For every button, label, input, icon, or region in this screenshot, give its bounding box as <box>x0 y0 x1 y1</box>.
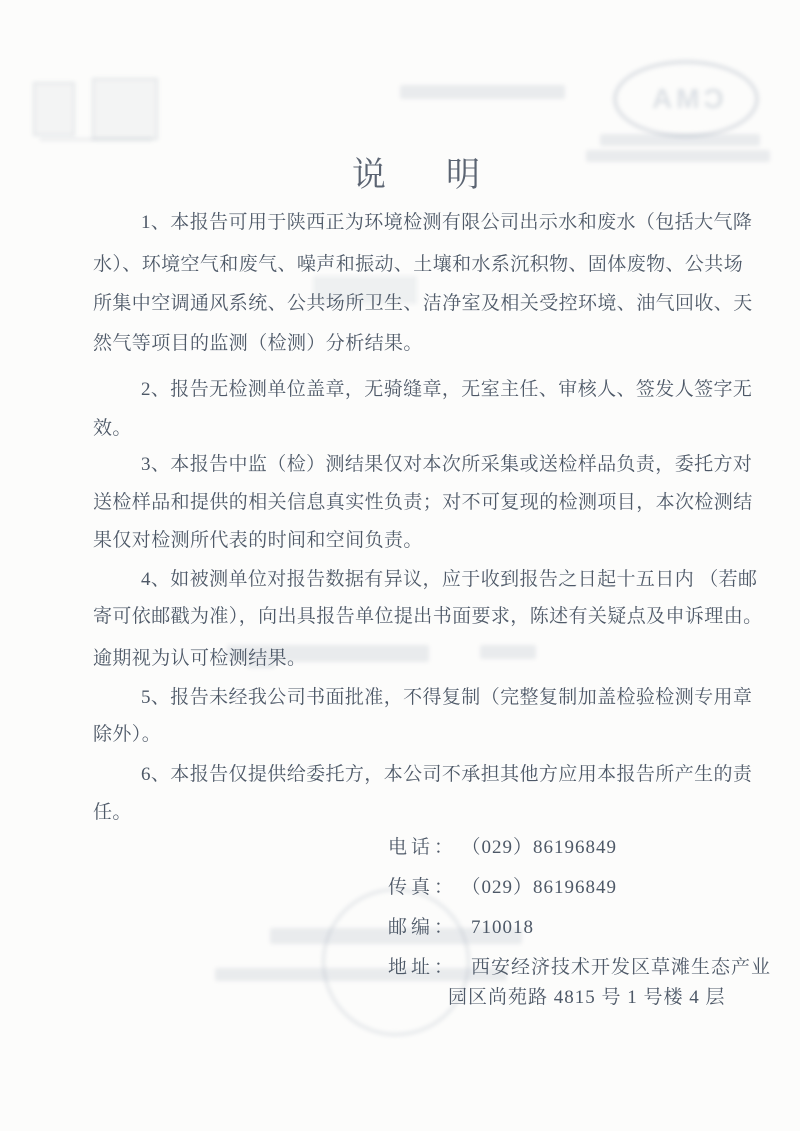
document-page: CMA 说明 1、本报告可用于陕西正为环境检测有限公司出示水和废水（包括大气降水… <box>0 0 800 1131</box>
body-line: 4、如被测单位对报告数据有异议，应于收到报告之日起十五日内 （若邮 <box>93 567 757 593</box>
body-line: 寄可依邮戳为准），向出具报告单位提出书面要求，陈述有关疑点及申诉理由。 <box>93 604 763 630</box>
phone-value: （029）86196849 <box>471 837 617 858</box>
body-line: 逾期视为认可检测结果。 <box>93 646 306 672</box>
body-line: 5、报告未经我公司书面批准，不得复制（完整复制加盖检验检测专用章 <box>93 685 752 711</box>
cma-stamp-ghost-label: CMA <box>648 83 724 115</box>
postcode-value: 710018 <box>471 917 534 938</box>
page-title: 说明 <box>352 147 540 196</box>
body-line: 6、本报告仅提供给委托方，本公司不承担其他方应用本报告所产生的责 <box>93 762 752 788</box>
body-line: 2、报告无检测单位盖章，无骑缝章，无室主任、审核人、签发人签字无 <box>93 377 752 403</box>
bleedthrough-text-top-right-2 <box>600 134 760 146</box>
body-line: 效。 <box>93 416 132 442</box>
body-line: 3、本报告中监（检）测结果仅对本次所采集或送检样品负责，委托方对 <box>93 452 752 478</box>
phone-label: 电话： <box>388 837 457 858</box>
bleedthrough-text-top-right-3 <box>586 150 770 162</box>
postcode-label: 邮编： <box>388 917 457 938</box>
body-line: 所集中空调通风系统、公共场所卫生、洁净室及相关受控环境、油气回收、天 <box>93 291 753 317</box>
postcode-row: 邮编：710018 <box>388 912 534 939</box>
address-line2: 园区尚苑路 4815 号 1 号楼 4 层 <box>448 987 726 1008</box>
address-row-line2: 园区尚苑路 4815 号 1 号楼 4 层 <box>448 982 726 1009</box>
address-line1: 西安经济技术开发区草滩生态产业 <box>471 957 771 978</box>
phone-row: 电话：（029）86196849 <box>388 832 617 859</box>
body-line: 水）、环境空气和废气、噪声和振动、土壤和水系沉积物、固体废物、公共场 <box>93 252 743 278</box>
body-line: 果仅对检测所代表的时间和空间负责。 <box>93 528 423 554</box>
fax-row: 传真：（029）86196849 <box>388 872 617 899</box>
cma-stamp-ghost-icon: CMA <box>613 60 759 138</box>
body-line: 1、本报告可用于陕西正为环境检测有限公司出示水和废水（包括大气降 <box>93 210 752 236</box>
bleedthrough-stamp-fragment-top-left-1 <box>33 82 75 136</box>
bleedthrough-stamp-fragment-top-left-2 <box>92 78 158 140</box>
bleedthrough-text-top-right-1 <box>400 85 565 99</box>
bleedthrough-line-top-left <box>40 138 152 141</box>
body-line: 送检样品和提供的相关信息真实性负责；对不可复现的检测项目，本次检测结 <box>93 490 753 516</box>
body-line: 任。 <box>93 800 132 826</box>
fax-label: 传真： <box>388 877 457 898</box>
bleedthrough-text-middle-2 <box>480 645 536 659</box>
body-line: 然气等项目的监测（检测）分析结果。 <box>93 331 423 357</box>
address-label: 地址： <box>388 957 457 978</box>
address-row: 地址：西安经济技术开发区草滩生态产业 <box>388 952 771 979</box>
fax-value: （029）86196849 <box>471 877 617 898</box>
body-line: 除外）。 <box>93 722 161 748</box>
